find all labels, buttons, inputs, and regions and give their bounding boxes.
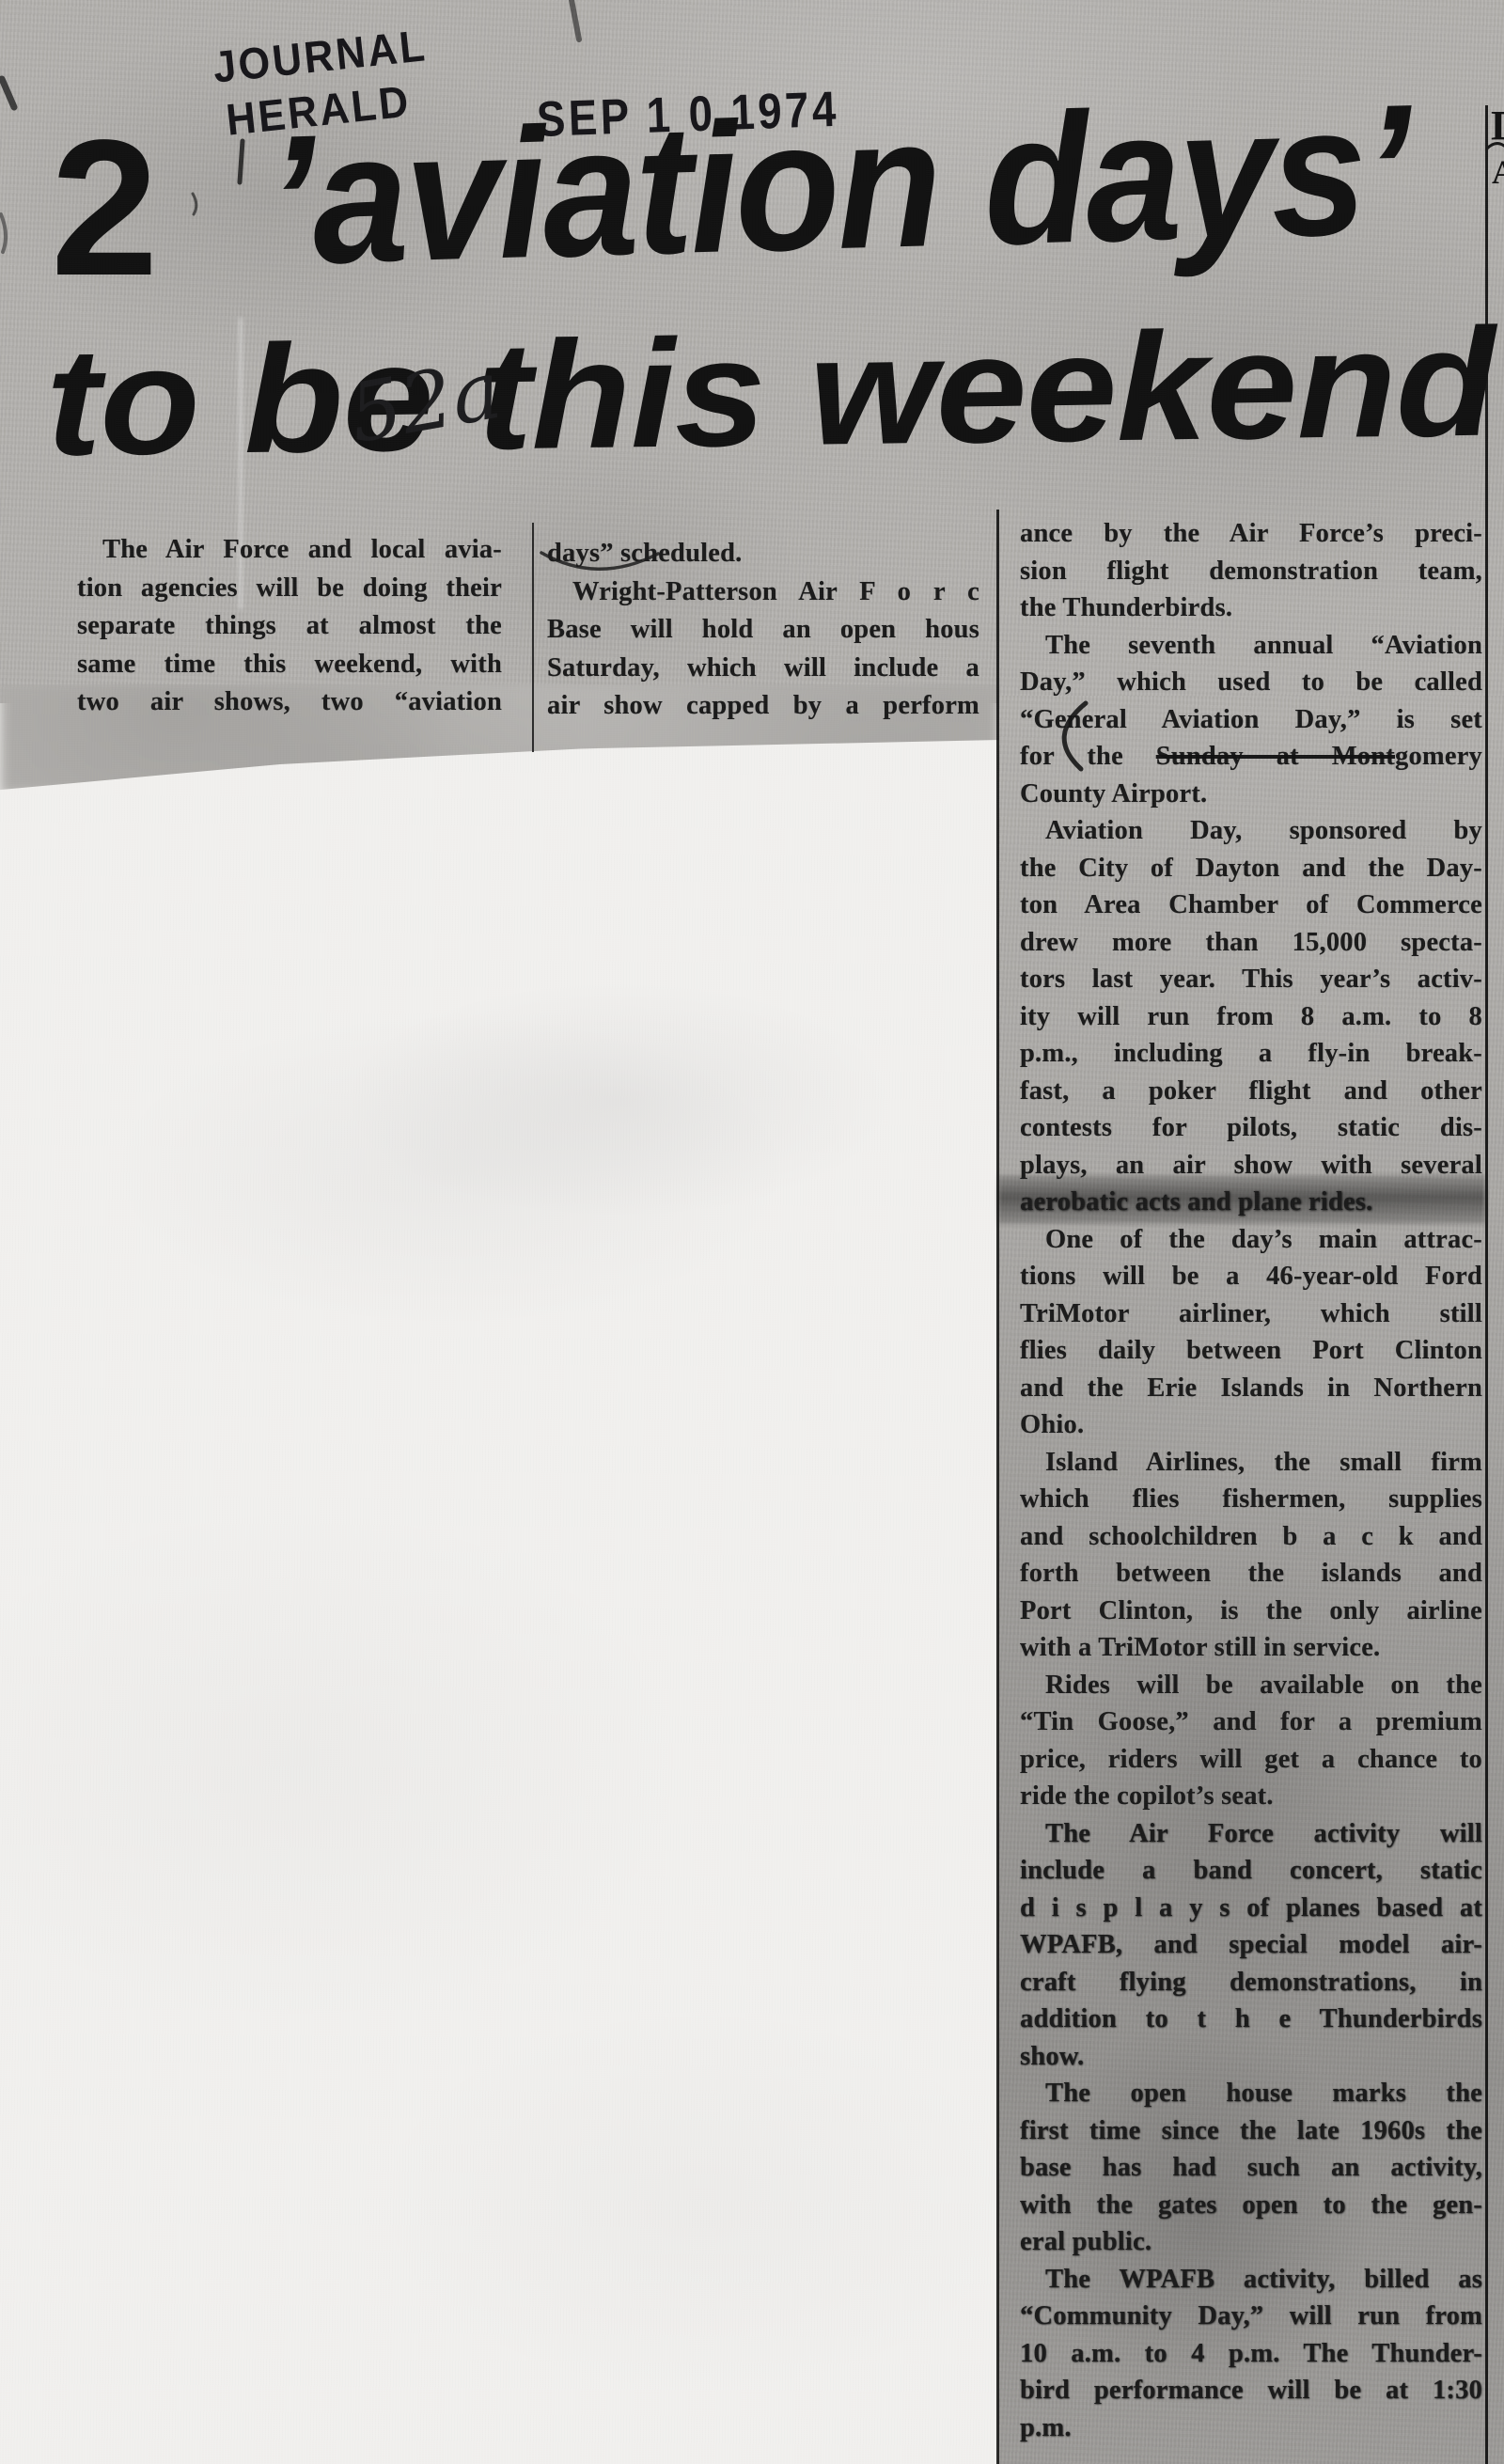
blank-paper-area: [0, 714, 998, 2464]
article-line: One of the day’s main attrac-: [1020, 1221, 1482, 1259]
article-line: the City of Dayton and the Day-: [1020, 850, 1482, 887]
article-line: Ohio.: [1020, 1406, 1482, 1444]
article-line: Wright-Patterson Air F o r c: [547, 573, 979, 612]
article-line: “General Aviation Day,” is set: [1020, 701, 1482, 739]
edge-fragment-letter-a: A: [1492, 152, 1504, 192]
article-line: The WPAFB activity, billed as: [1020, 2261, 1482, 2299]
article-line: first time since the late 1960s the: [1020, 2112, 1482, 2150]
article-line: p.m., including a fly-in break-: [1020, 1035, 1482, 1073]
article-line: include a band concert, static: [1020, 1852, 1482, 1890]
article-line: County Airport.: [1020, 776, 1482, 813]
article-line: The seventh annual “Aviation: [1020, 627, 1482, 665]
article-line: eral public.: [1020, 2223, 1482, 2261]
line-text: for the: [1020, 742, 1156, 771]
article-line: with the gates open to the gen-: [1020, 2187, 1482, 2224]
newspaper-clipping-scan: JOURNAL HERALD SEP 1 0 1974 2 ’aviation …: [0, 0, 1504, 2464]
article-column-1: The Air Force and local avia-tion agenci…: [77, 531, 502, 722]
article-line: with a TriMotor still in service.: [1020, 1629, 1482, 1667]
article-line: separate things at almost the: [77, 607, 502, 646]
article-line: ity will run from 8 a.m. to 8: [1020, 998, 1482, 1036]
headline-line2: to be this weekend: [45, 305, 1496, 479]
article-line: which flies fishermen, supplies: [1020, 1481, 1482, 1518]
article-line: bird performance will be at 1:30: [1020, 2372, 1482, 2409]
article-column-3: ance by the Air Force’s preci-sion fligh…: [1020, 515, 1482, 2446]
article-line: ride the copilot’s seat.: [1020, 1778, 1482, 1815]
article-line: tors last year. This year’s activ-: [1020, 961, 1482, 998]
article-line: sion flight demonstration team,: [1020, 553, 1482, 590]
article-line: craft flying demonstrations, in: [1020, 1964, 1482, 2001]
article-line: forth between the islands and: [1020, 1555, 1482, 1593]
article-column-2: days” scheduled.Wright-Patterson Air F o…: [547, 535, 979, 726]
article-line: d i s p l a y s of planes based at: [1020, 1890, 1482, 1927]
article-line: Port Clinton, is the only airline: [1020, 1593, 1482, 1630]
article-line: the Thunderbirds.: [1020, 589, 1482, 627]
article-line: tion agencies will be doing their: [77, 570, 502, 608]
article-line: 10 a.m. to 4 p.m. The Thunder-: [1020, 2335, 1482, 2373]
article-line: TriMotor airliner, which still: [1020, 1295, 1482, 1333]
article-line: contests for pilots, static dis-: [1020, 1109, 1482, 1147]
article-line: drew more than 15,000 specta-: [1020, 924, 1482, 962]
article-line: flies daily between Port Clinton: [1020, 1332, 1482, 1370]
article-line: ance by the Air Force’s preci-: [1020, 515, 1482, 553]
struck-text: Sunday at Mont: [1156, 742, 1395, 771]
article-line: same time this weekend, with: [77, 646, 502, 684]
article-line: aerobatic acts and plane rides.: [1020, 1184, 1482, 1221]
article-line: fast, a poker flight and other: [1020, 1073, 1482, 1110]
article-line: “Community Day,” will run from: [1020, 2298, 1482, 2335]
article-line: air show capped by a perform: [547, 687, 979, 726]
article-line: and the Erie Islands in Northern: [1020, 1370, 1482, 1407]
headline-numeral: 2: [51, 111, 159, 305]
article-line: p.m.: [1020, 2409, 1482, 2447]
article-line: price, riders will get a chance to: [1020, 1741, 1482, 1779]
article-line: Island Airlines, the small firm: [1020, 1444, 1482, 1482]
headline-line1: ’aviation days’: [265, 77, 1411, 293]
edge-fragment-letter-d: D: [1491, 102, 1504, 149]
article-line: addition to t h e Thunderbirds: [1020, 2001, 1482, 2038]
article-line: WPAFB, and special model air-: [1020, 1926, 1482, 1964]
article-line: ton Area Chamber of Commerce: [1020, 887, 1482, 924]
column-divider-1: [532, 523, 534, 752]
article-line: The Air Force and local avia-: [77, 531, 502, 570]
line-text: gomery: [1395, 742, 1482, 771]
article-line: tions will be a 46-year-old Ford: [1020, 1258, 1482, 1295]
article-line: plays, an air show with several: [1020, 1147, 1482, 1185]
article-line: days” scheduled.: [547, 535, 979, 573]
article-line: Day,” which used to be called: [1020, 664, 1482, 701]
article-line: Aviation Day, sponsored by: [1020, 812, 1482, 850]
article-line: two air shows, two “aviation: [77, 683, 502, 722]
article-line: for the Sunday at Montgomery: [1020, 738, 1482, 776]
article-line: Base will hold an open hous: [547, 611, 979, 650]
article-line: The open house marks the: [1020, 2075, 1482, 2112]
article-line: base has had such an activity,: [1020, 2149, 1482, 2187]
article-line: “Tin Goose,” and for a premium: [1020, 1703, 1482, 1741]
article-line: The Air Force activity will: [1020, 1815, 1482, 1853]
article-line: Saturday, which will include a: [547, 650, 979, 688]
column-divider-2: [996, 510, 999, 2464]
article-line: Rides will be available on the: [1020, 1667, 1482, 1704]
article-line: show.: [1020, 2038, 1482, 2076]
article-line: and schoolchildren b a c k and: [1020, 1518, 1482, 1556]
